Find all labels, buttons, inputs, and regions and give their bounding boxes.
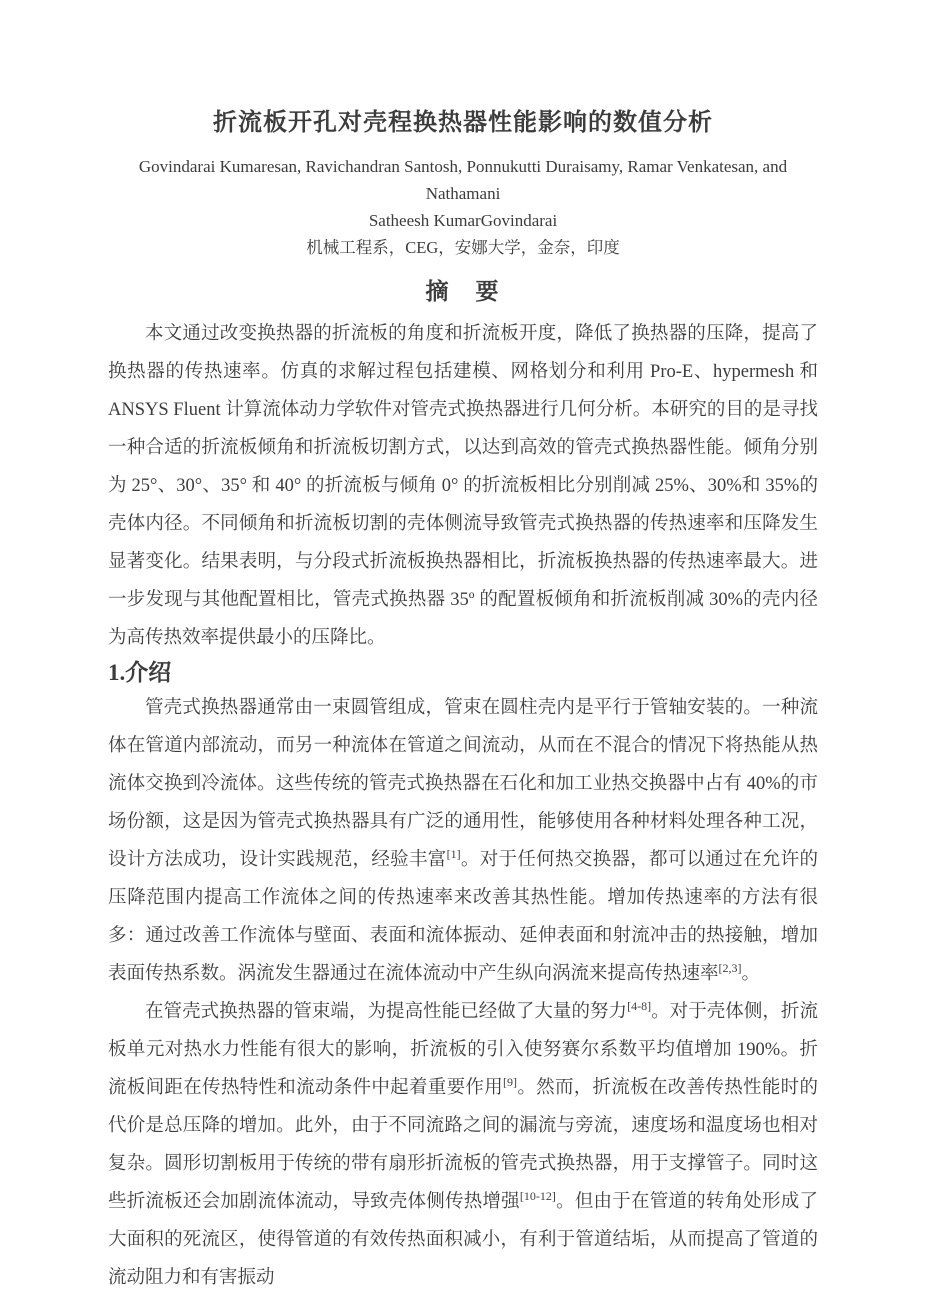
authors-block: Govindarai Kumaresan, Ravichandran Santo… [108,153,818,234]
citation-superscript: [10-12] [520,1189,556,1203]
text-segment: 管壳式换热器通常由一束圆管组成，管束在圆柱壳内是平行于管轴安装的。一种流体在管道… [108,698,818,870]
text-segment: 本文通过改变换热器的折流板的角度和折流板开度，降低了换热器的压降，提高了换热器的… [108,324,818,648]
intro-paragraph-2: 在管壳式换热器的管束端，为提高性能已经做了大量的努力[4-8]。对于壳体侧，折流… [108,993,818,1297]
authors-line-2: Satheesh KumarGovindarai [108,207,818,234]
paper-title: 折流板开孔对壳程换热器性能影响的数值分析 [108,106,818,140]
intro-paragraph-1: 管壳式换热器通常由一束圆管组成，管束在圆柱壳内是平行于管轴安装的。一种流体在管道… [108,689,818,993]
section-heading-introduction: 1.介绍 [108,657,818,689]
citation-superscript: [2,3] [719,961,742,975]
abstract-heading: 摘 要 [108,276,818,308]
citation-superscript: [4-8] [627,999,651,1013]
citation-superscript: [9] [503,1075,517,1089]
text-segment: 。 [742,964,761,984]
text-segment: 在管壳式换热器的管束端，为提高性能已经做了大量的努力 [145,1002,627,1022]
authors-line-1: Govindarai Kumaresan, Ravichandran Santo… [108,153,818,207]
abstract-paragraph: 本文通过改变换热器的折流板的角度和折流板开度，降低了换热器的压降，提高了换热器的… [108,315,818,657]
citation-superscript: [1] [447,847,461,861]
document-page: 折流板开孔对壳程换热器性能影响的数值分析 Govindarai Kumaresa… [0,0,926,1309]
affiliation: 机械工程系，CEG，安娜大学，金奈，印度 [108,234,818,261]
text-segment: 。对于任何热交换器，都可以通过在允许的压降范围内提高工作流体之间的传热速率来改善… [108,850,818,984]
